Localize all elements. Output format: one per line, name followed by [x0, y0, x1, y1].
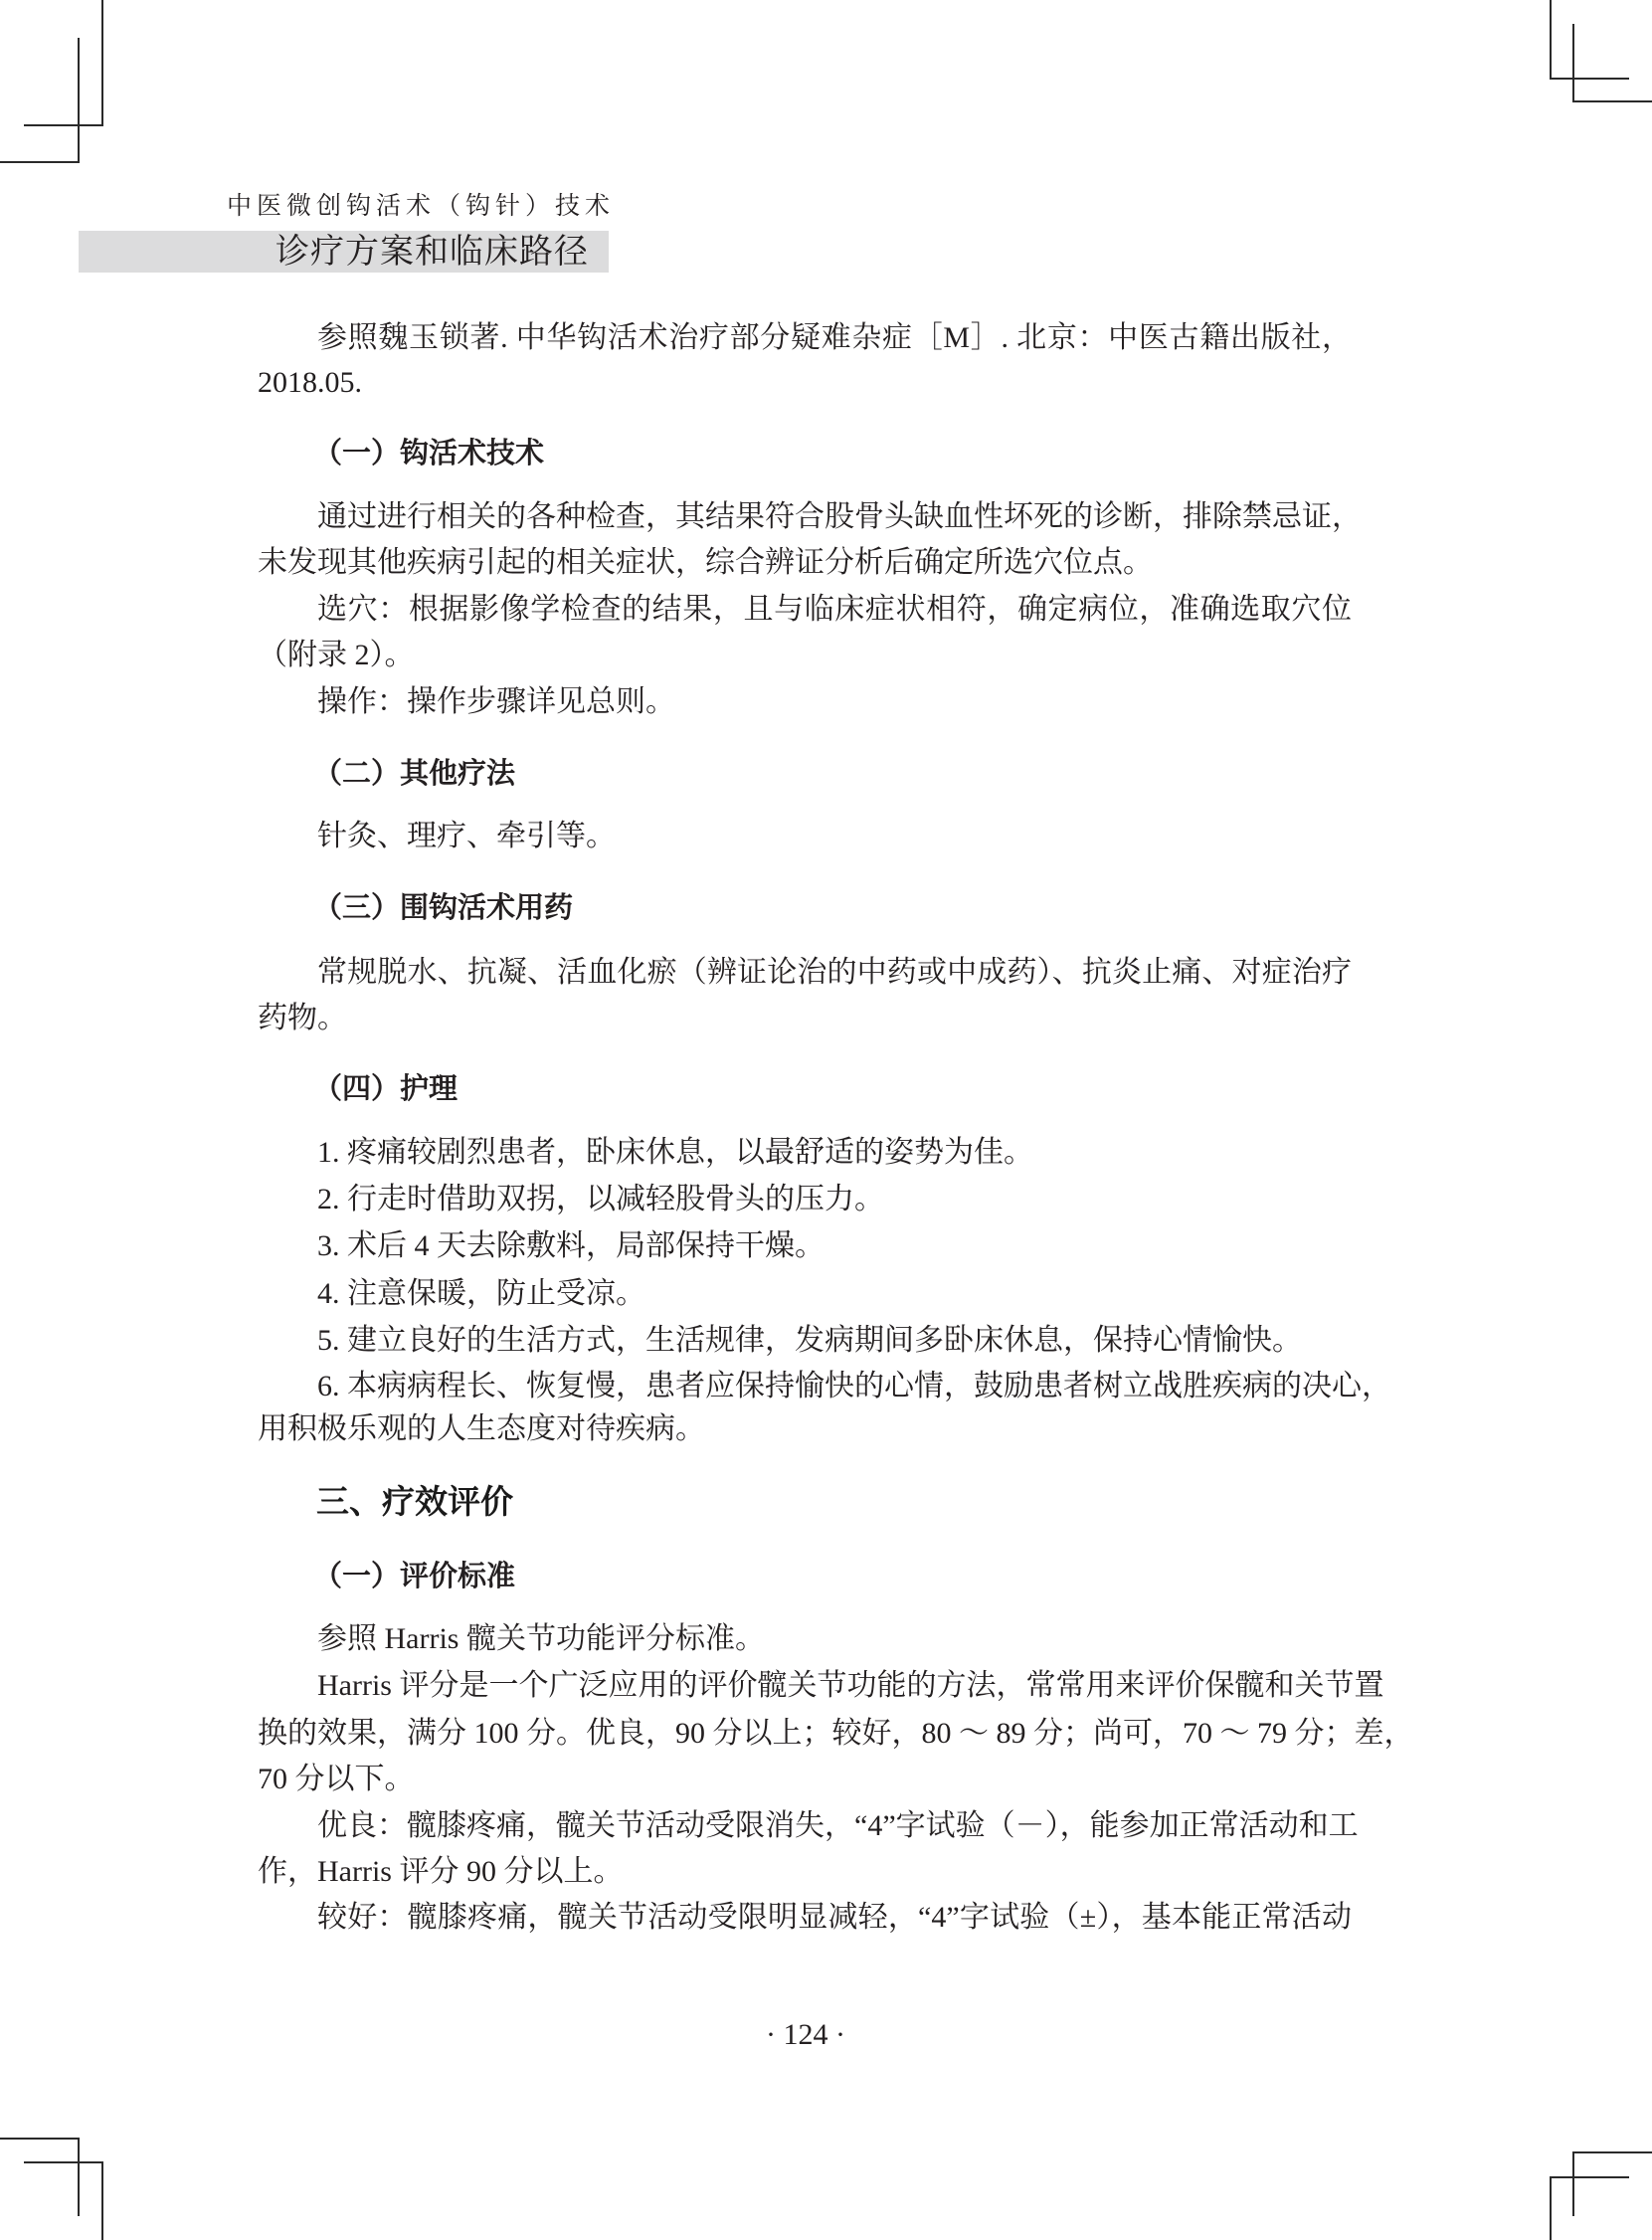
paragraph-line: 选穴：根据影像学检查的结果，且与临床症状相符，确定病位，准确选取穴位 — [317, 590, 1352, 630]
crop-mark-top-right-inner-vertical — [1572, 24, 1574, 102]
reference-line-2: 2018.05. — [258, 363, 362, 403]
crop-mark-top-left-inner-horizontal — [0, 161, 80, 163]
paragraph-line: 作，Harris 评分 90 分以上。 — [258, 1852, 623, 1892]
nursing-item-1: 1. 疼痛较剧烈患者，卧床休息，以最舒适的姿势为佳。 — [317, 1133, 1033, 1173]
crop-mark-top-right-outer-vertical — [1550, 0, 1552, 79]
crop-mark-bottom-right-outer-horizontal — [1550, 2176, 1629, 2178]
crop-mark-bottom-right-inner-horizontal — [1572, 2151, 1652, 2153]
chapter-heading: 三、疗效评价 — [316, 1480, 513, 1524]
paragraph-line: （附录 2）。 — [258, 636, 415, 675]
subsection-heading: （一）评价标准 — [313, 1556, 515, 1595]
section-heading-1: （一）钩活术技术 — [313, 433, 544, 472]
nursing-item-2: 2. 行走时借助双拐，以减轻股骨头的压力。 — [317, 1180, 884, 1219]
paragraph-line: 操作：操作步骤详见总则。 — [317, 682, 675, 722]
nursing-item-4: 4. 注意保暖，防止受凉。 — [317, 1274, 645, 1314]
crop-mark-bottom-left-outer-vertical — [101, 2161, 103, 2240]
nursing-item-6-cont: 用积极乐观的人生态度对待疾病。 — [258, 1409, 705, 1449]
paragraph-line: Harris 评分是一个广泛应用的评价髋关节功能的方法，常常用来评价保髋和关节置 — [317, 1666, 1352, 1706]
crop-mark-bottom-left-outer-horizontal — [24, 2161, 103, 2163]
banner-title: 诊疗方案和临床路径 — [275, 231, 589, 273]
paragraph-line: 较好：髋膝疼痛，髋关节活动受限明显减轻，“4”字试验（±），基本能正常活动 — [317, 1898, 1352, 1938]
crop-mark-bottom-left-inner-vertical — [78, 2138, 80, 2216]
paragraph-line: 常规脱水、抗凝、活血化瘀（辨证论治的中药或中成药）、抗炎止痛、对症治疗 — [317, 953, 1352, 993]
page-number: · 124 · — [706, 2015, 905, 2055]
crop-mark-bottom-right-inner-vertical — [1572, 2152, 1574, 2216]
nursing-item-3: 3. 术后 4 天去除敷料，局部保持干燥。 — [317, 1226, 825, 1266]
section-heading-2: （二）其他疗法 — [313, 753, 515, 793]
crop-mark-bottom-right-outer-vertical — [1550, 2177, 1552, 2240]
crop-mark-top-left-inner-vertical — [78, 38, 80, 163]
paragraph-line: 70 分以下。 — [258, 1760, 415, 1799]
book-title: 中医微创钩活术（钩针）技术 — [227, 189, 591, 223]
paragraph-line: 未发现其他疾病引起的相关症状，综合辨证分析后确定所选穴位点。 — [258, 543, 1153, 583]
crop-mark-top-left-outer-vertical — [101, 0, 103, 125]
reference-line-1: 参照魏玉锁著. 中华钩活术治疗部分疑难杂症［M］. 北京：中医古籍出版社， — [317, 318, 1352, 358]
paragraph-line: 通过进行相关的各种检查，其结果符合股骨头缺血性坏死的诊断，排除禁忌证， — [317, 497, 1352, 537]
paragraph-line: 换的效果，满分 100 分。优良，90 分以上；较好，80 ～ 89 分；尚可，… — [258, 1714, 1352, 1754]
section-heading-3: （三）围钩活术用药 — [313, 887, 573, 927]
paragraph-line: 参照 Harris 髋关节功能评分标准。 — [317, 1619, 765, 1659]
paragraph-line: 药物。 — [258, 999, 347, 1038]
paragraph-line: 针灸、理疗、牵引等。 — [317, 817, 616, 856]
crop-mark-top-left-outer-horizontal — [24, 124, 103, 126]
nursing-item-6: 6. 本病病程长、恢复慢，患者应保持愉快的心情，鼓励患者树立战胜疾病的决心， — [317, 1367, 1352, 1406]
crop-mark-top-right-inner-horizontal — [1572, 100, 1652, 102]
crop-mark-bottom-left-inner-horizontal — [0, 2138, 80, 2140]
section-heading-4: （四）护理 — [313, 1068, 458, 1108]
crop-mark-top-right-outer-horizontal — [1550, 78, 1629, 80]
paragraph-line: 优良：髋膝疼痛，髋关节活动受限消失，“4”字试验（－），能参加正常活动和工 — [317, 1806, 1352, 1846]
chapter-banner: 诊疗方案和临床路径 — [79, 231, 609, 273]
nursing-item-5: 5. 建立良好的生活方式，生活规律，发病期间多卧床休息，保持心情愉快。 — [317, 1321, 1302, 1361]
